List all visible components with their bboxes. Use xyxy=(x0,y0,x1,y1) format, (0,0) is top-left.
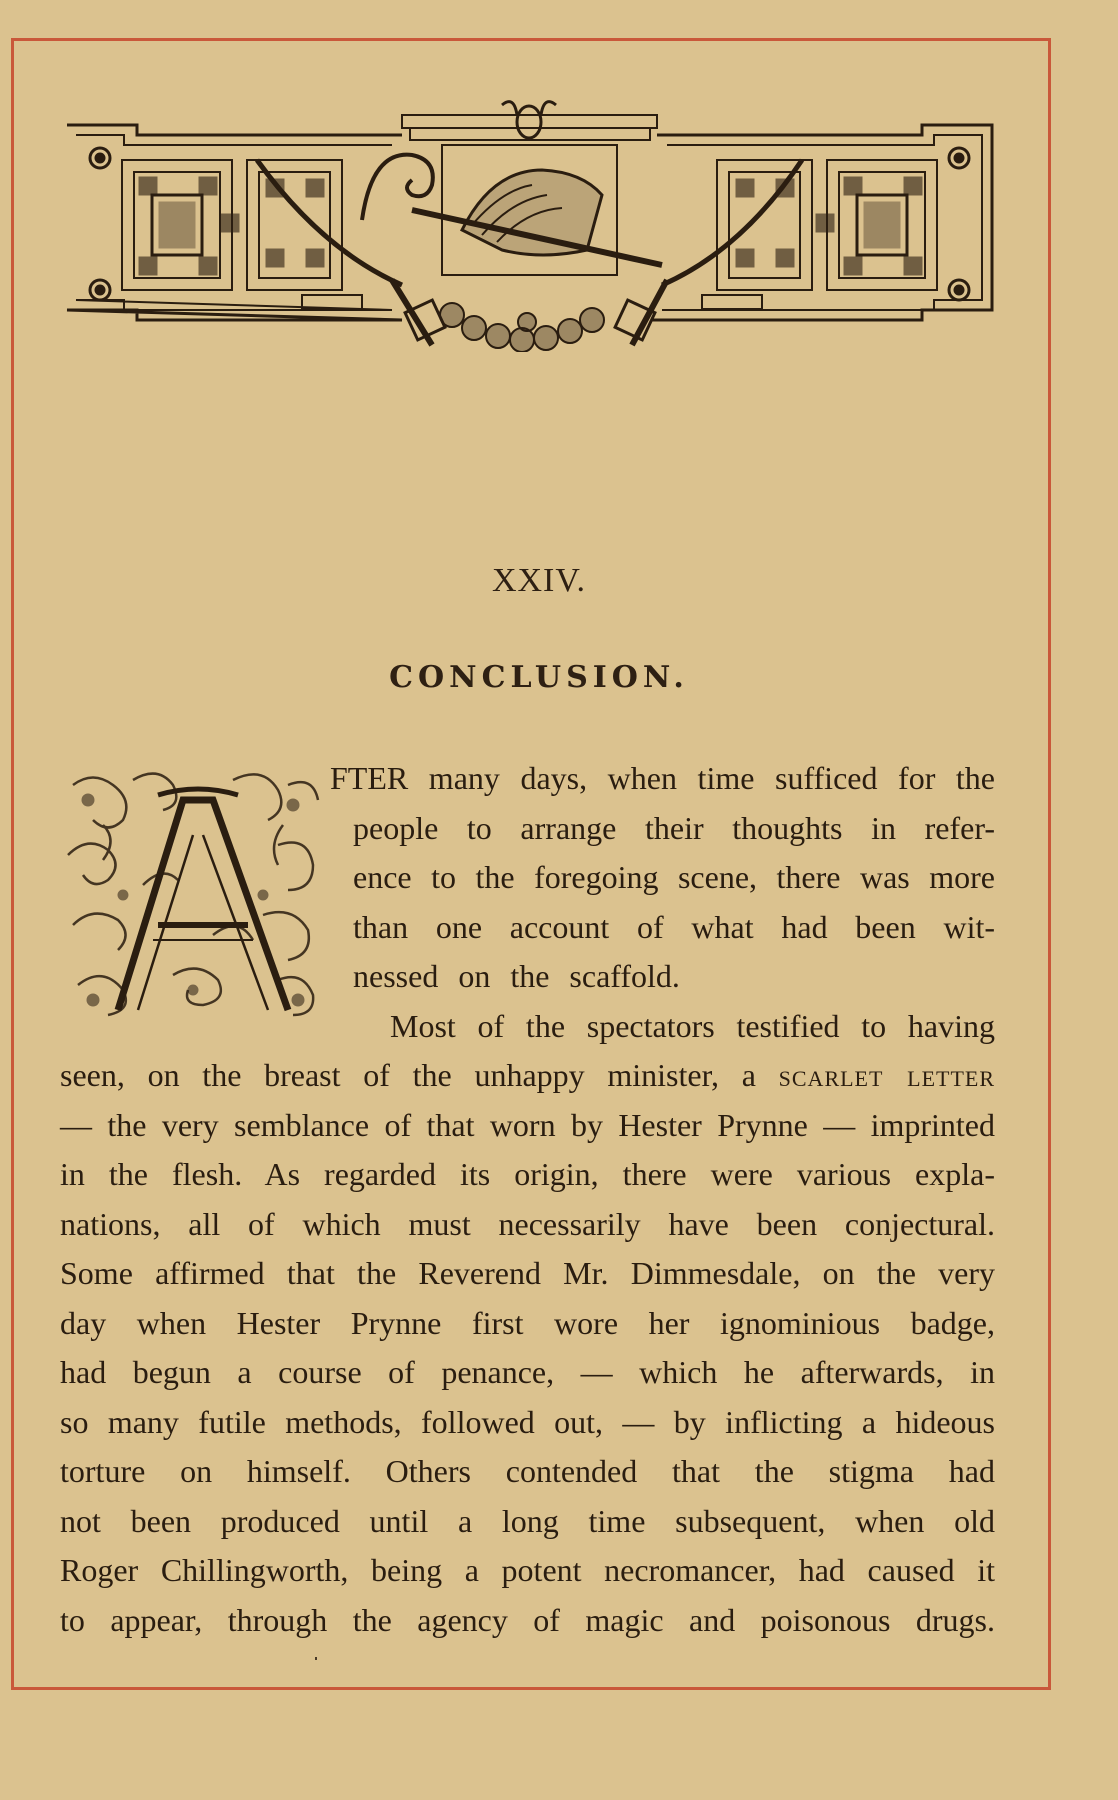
body-line-10: nations, all of which must necessarily h… xyxy=(60,1204,995,1244)
body-line-2: people to arrange their thoughts in refe… xyxy=(353,808,995,848)
body-line-17: Roger Chillingworth, being a potent necr… xyxy=(60,1550,995,1590)
body-line-11: Some affirmed that the Reverend Mr. Dimm… xyxy=(60,1253,995,1293)
body-line-7: seen, on the breast of the unhappy minis… xyxy=(60,1055,995,1095)
body-line-14: so many futile methods, followed out, — … xyxy=(60,1402,995,1442)
body-line-5: nessed on the scaffold. xyxy=(353,956,680,996)
body-line-13: had begun a course of penance, — which h… xyxy=(60,1352,995,1392)
chapter-title: CONCLUSION. xyxy=(0,660,1098,695)
body-line-6: Most of the spectators testified to havi… xyxy=(390,1006,995,1046)
body-line-16: not been produced until a long time subs… xyxy=(60,1501,995,1541)
chapter-number: XXIV. xyxy=(0,562,1098,600)
scarlet-letter-small-caps: scarlet letter xyxy=(779,1057,995,1093)
headpiece-ornament-icon xyxy=(62,100,997,352)
body-line-12: day when Hester Prynne first wore her ig… xyxy=(60,1303,995,1343)
body-line-15: torture on himself. Others contended tha… xyxy=(60,1451,995,1491)
body-line-9: in the flesh. As regarded its origin, th… xyxy=(60,1154,995,1194)
drop-cap-a-icon xyxy=(63,765,325,1025)
body-line-8: — the very semblance of that worn by Hes… xyxy=(60,1105,995,1145)
body-line-7-text: seen, on the breast of the unhappy minis… xyxy=(60,1057,756,1093)
body-line-1: FTER many days, when time sufficed for t… xyxy=(330,758,995,798)
body-line-3: ence to the foregoing scene, there was m… xyxy=(353,857,995,897)
print-speck xyxy=(315,1657,317,1660)
body-line-18: to appear, through the agency of magic a… xyxy=(60,1600,995,1640)
body-line-4: than one account of what had been wit- xyxy=(353,907,995,947)
